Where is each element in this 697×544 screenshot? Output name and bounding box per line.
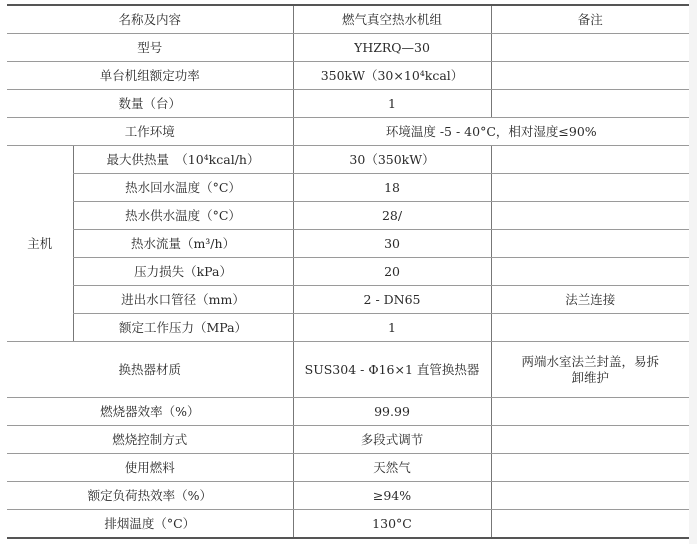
row-value: 18 <box>293 174 491 202</box>
table-row: 进出水口管径（mm） 2 - DN65 法兰连接 <box>7 286 689 314</box>
row-note <box>491 202 689 230</box>
table-row: 压力损失（kPa） 20 <box>7 258 689 286</box>
table-row: 热水供水温度（°C） 28/ <box>7 202 689 230</box>
table-row: 燃烧器效率（%） 99.99 <box>7 398 689 426</box>
row-note <box>491 314 689 342</box>
row-item: 热水回水温度（°C） <box>73 174 293 202</box>
row-item: 排烟温度（°C） <box>7 510 293 539</box>
header-value: 燃气真空热水机组 <box>293 5 491 34</box>
row-note <box>491 426 689 454</box>
row-value: 130°C <box>293 510 491 539</box>
header-note: 备注 <box>491 5 689 34</box>
table-row: 额定负荷热效率（%） ≥94% <box>7 482 689 510</box>
header-item: 名称及内容 <box>7 5 293 34</box>
row-item: 燃烧控制方式 <box>7 426 293 454</box>
row-value: 30 <box>293 230 491 258</box>
table-row: 主机 最大供热量 （10⁴kcal/h） 30（350kW） <box>7 146 689 174</box>
row-item: 最大供热量 （10⁴kcal/h） <box>73 146 293 174</box>
environment-item: 工作环境 <box>7 118 293 146</box>
row-item: 压力损失（kPa） <box>73 258 293 286</box>
table-row: 燃烧控制方式 多段式调节 <box>7 426 689 454</box>
row-value: 1 <box>293 314 491 342</box>
row-item: 额定工作压力（MPa） <box>73 314 293 342</box>
header-row: 名称及内容 燃气真空热水机组 备注 <box>7 5 689 34</box>
heat-exchanger-value: SUS304 - Φ16×1 直管换热器 <box>293 342 491 398</box>
row-value: 350kW（30×10⁴kcal） <box>293 62 491 90</box>
row-value: 20 <box>293 258 491 286</box>
spec-table: 名称及内容 燃气真空热水机组 备注 型号 YHZRQ—30 单台机组额定功率 3… <box>7 4 689 539</box>
row-item: 进出水口管径（mm） <box>73 286 293 314</box>
row-value: 多段式调节 <box>293 426 491 454</box>
row-value: 99.99 <box>293 398 491 426</box>
heat-exchanger-row: 换热器材质 SUS304 - Φ16×1 直管换热器 两端水室法兰封盖，易拆卸维… <box>7 342 689 398</box>
row-note <box>491 398 689 426</box>
row-value: 天然气 <box>293 454 491 482</box>
row-note <box>491 90 689 118</box>
table-row: 排烟温度（°C） 130°C <box>7 510 689 539</box>
heat-exchanger-note: 两端水室法兰封盖，易拆卸维护 <box>491 342 689 398</box>
row-item: 单台机组额定功率 <box>7 62 293 90</box>
row-value: 2 - DN65 <box>293 286 491 314</box>
row-value: YHZRQ—30 <box>293 34 491 62</box>
row-item: 使用燃料 <box>7 454 293 482</box>
table-row: 热水流量（m³/h） 30 <box>7 230 689 258</box>
row-note <box>491 62 689 90</box>
table-row: 型号 YHZRQ—30 <box>7 34 689 62</box>
row-item: 热水流量（m³/h） <box>73 230 293 258</box>
table-row: 单台机组额定功率 350kW（30×10⁴kcal） <box>7 62 689 90</box>
row-item: 型号 <box>7 34 293 62</box>
row-note <box>491 146 689 174</box>
row-note <box>491 174 689 202</box>
environment-value: 环境温度 -5 - 40°C，相对湿度≤90% <box>293 118 689 146</box>
main-unit-group-label: 主机 <box>7 146 73 342</box>
row-value: 30（350kW） <box>293 146 491 174</box>
row-note <box>491 482 689 510</box>
row-value: ≥94% <box>293 482 491 510</box>
row-note <box>491 510 689 539</box>
row-item: 数量（台） <box>7 90 293 118</box>
row-item: 热水供水温度（°C） <box>73 202 293 230</box>
row-value: 1 <box>293 90 491 118</box>
row-item: 燃烧器效率（%） <box>7 398 293 426</box>
row-note: 法兰连接 <box>491 286 689 314</box>
page-sheet: 名称及内容 燃气真空热水机组 备注 型号 YHZRQ—30 单台机组额定功率 3… <box>0 0 689 544</box>
table-row: 数量（台） 1 <box>7 90 689 118</box>
environment-row: 工作环境 环境温度 -5 - 40°C，相对湿度≤90% <box>7 118 689 146</box>
row-item: 额定负荷热效率（%） <box>7 482 293 510</box>
row-note <box>491 230 689 258</box>
row-value: 28/ <box>293 202 491 230</box>
row-note <box>491 258 689 286</box>
heat-exchanger-item: 换热器材质 <box>7 342 293 398</box>
table-row: 额定工作压力（MPa） 1 <box>7 314 689 342</box>
table-row: 使用燃料 天然气 <box>7 454 689 482</box>
row-note <box>491 34 689 62</box>
row-note <box>491 454 689 482</box>
table-row: 热水回水温度（°C） 18 <box>7 174 689 202</box>
